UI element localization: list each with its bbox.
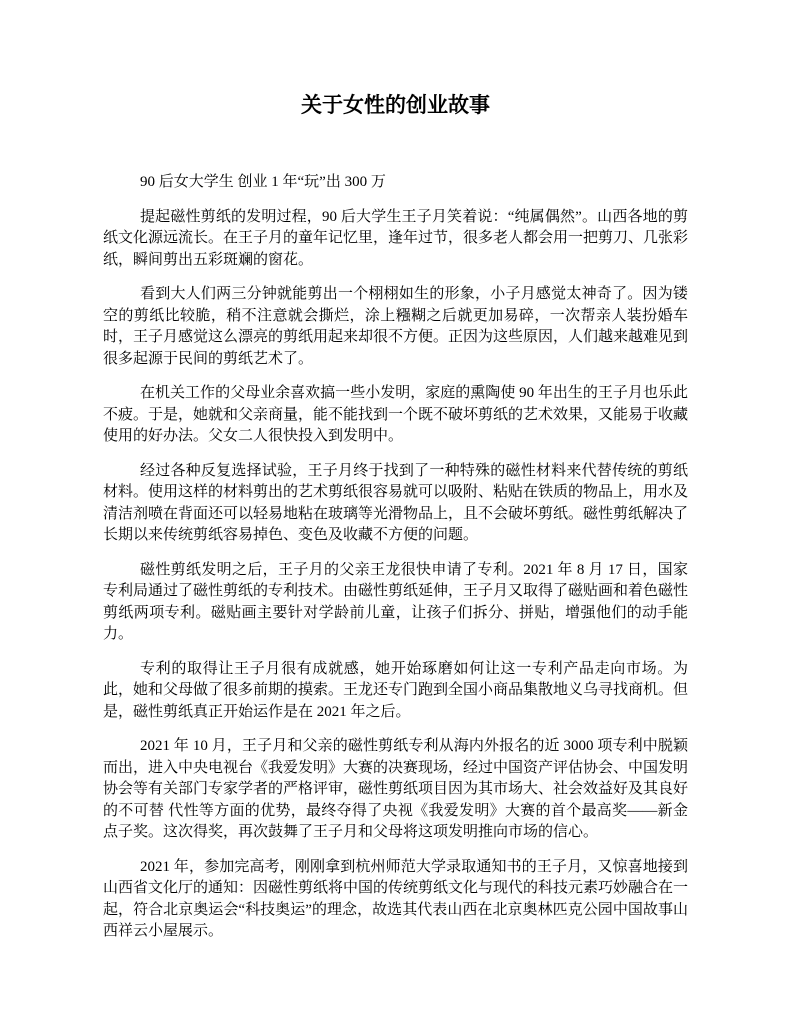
paragraph: 提起磁性剪纸的发明过程，90 后大学生王子月笑着说：“纯属偶然”。山西各地的剪纸… (103, 207, 688, 272)
document-content: 关于女性的创业故事 90 后女大学生 创业 1 年“玩”出 300 万 提起磁性… (0, 0, 792, 943)
paragraph: 磁性剪纸发明之后，王子月的父亲王龙很快申请了专利。2021 年 8 月 17 日… (103, 560, 688, 646)
document-page: 关于女性的创业故事 90 后女大学生 创业 1 年“玩”出 300 万 提起磁性… (0, 0, 792, 1025)
paragraph: 经过各种反复选择试验，王子月终于找到了一种特殊的磁性材料来代替传统的剪纸材料。使… (103, 461, 688, 547)
paragraph: 在机关工作的父母业余喜欢搞一些小发明，家庭的熏陶使 90 年出生的王子月也乐此不… (103, 383, 688, 448)
paragraph: 2021 年 10 月，王子月和父亲的磁性剪纸专利从海内外报名的近 3000 项… (103, 736, 688, 844)
document-subtitle: 90 后女大学生 创业 1 年“玩”出 300 万 (103, 172, 688, 194)
paragraph: 专利的取得让王子月很有成就感，她开始琢磨如何让这一专利产品走向市场。为此，她和父… (103, 659, 688, 724)
page-title: 关于女性的创业故事 (103, 94, 688, 116)
paragraph: 看到大人们两三分钟就能剪出一个栩栩如生的形象，小子月感觉太神奇了。因为镂空的剪纸… (103, 284, 688, 370)
paragraph: 2021 年，参加完高考，刚刚拿到杭州师范大学录取通知书的王子月，又惊喜地接到山… (103, 857, 688, 943)
